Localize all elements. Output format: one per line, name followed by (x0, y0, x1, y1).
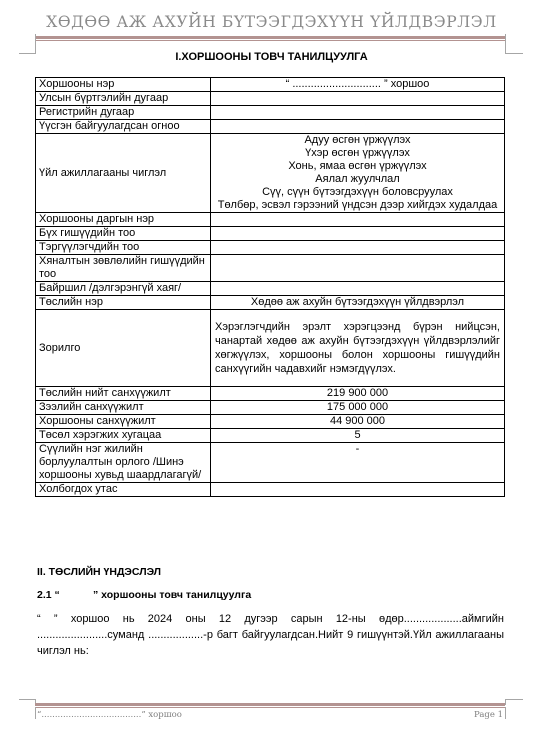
footer-corner-left (19, 699, 36, 705)
section-2-1-paragraph: “ ” хоршоо нь 2024 оны 12 дугээр сарын 1… (37, 611, 504, 659)
activity-item: Төлбөр, эсвэл гэрээний үндсэн дээр хийгд… (214, 199, 501, 212)
row-value (211, 255, 505, 282)
cooperative-info-table: Хоршооны нэр“ ..........................… (35, 77, 505, 497)
activity-item: Адуу өсгөн үржүүлэх (214, 134, 501, 147)
row-label: Бүх гишүүдийн тоо (36, 227, 211, 241)
row-label: Байршил /дэлгэрэнгүй хаяг/ (36, 282, 211, 296)
footer-cooperative-name: “.....................................” … (37, 710, 182, 720)
row-label: Хоршооны нэр (36, 78, 211, 92)
row-value: 175 000 000 (211, 401, 505, 415)
table-row: Холбогдох утас (36, 483, 505, 497)
row-label: Сүүлийн нэг жилийн борлуулалтын орлого /… (36, 443, 211, 483)
table-row: Зээлийн санхүүжилт175 000 000 (36, 401, 505, 415)
row-label: Зорилго (36, 310, 211, 387)
table-row: Бүх гишүүдийн тоо (36, 227, 505, 241)
row-value: “ ............................. ” хоршоо (211, 78, 505, 92)
row-value: Хөдөө аж ахуйн бүтээгдэхүүн үйлдвэрлэл (211, 296, 505, 310)
table-row: Тэргүүлэгчдийн тоо (36, 241, 505, 255)
row-label: Зээлийн санхүүжилт (36, 401, 211, 415)
section-2-1-title: ” хоршооны товч танилцуулга (93, 589, 251, 601)
activity-item: Үхэр өсгөн үржүүлэх (214, 147, 501, 160)
footer-corner-right (505, 699, 523, 705)
row-value: Адуу өсгөн үржүүлэхҮхэр өсгөн үржүүлэхХо… (211, 134, 505, 213)
header-rule-thick (35, 36, 505, 39)
section-2-title: II. ТӨСЛИЙН ҮНДЭСЛЭЛ (37, 566, 161, 578)
row-value (211, 483, 505, 497)
row-label: Төсөл хэрэгжих хугацаа (36, 429, 211, 443)
row-value (211, 227, 505, 241)
row-label: Холбогдох утас (36, 483, 211, 497)
row-label: Төслийн нийт санхүүжилт (36, 387, 211, 401)
row-value: 44 900 000 (211, 415, 505, 429)
row-label: Үүсгэн байгуулагдсан огноо (36, 120, 211, 134)
header-title: ХӨДӨӨ АЖ АХУЙН БҮТЭЭГДЭХҮҮН ҮЙЛДВЭРЛЭЛ (0, 13, 543, 31)
section-2-1-heading: 2.1 “ ” хоршооны товч танилцуулга (37, 589, 60, 601)
section-1-title: Ӏ.ХОРШООНЫ ТОВЧ ТАНИЛЦУУЛГА (0, 51, 543, 63)
row-value: 5 (211, 429, 505, 443)
table-row: Улсын бүртгэлийн дугаар (36, 92, 505, 106)
row-value (211, 213, 505, 227)
activity-item: Аялал жуулчлал (214, 173, 501, 186)
row-label: Үйл ажиллагааны чиглэл (36, 134, 211, 213)
table-row: Байршил /дэлгэрэнгүй хаяг/ (36, 282, 505, 296)
row-label: Төслийн нэр (36, 296, 211, 310)
row-label: Улсын бүртгэлийн дугаар (36, 92, 211, 106)
row-label: Регистрийн дугаар (36, 106, 211, 120)
activity-item: Хонь, ямаа өсгөн үржүүлэх (214, 160, 501, 173)
table-row: Хяналтын зөвлөлийн гишүүдийн тоо (36, 255, 505, 282)
table-row: Үйл ажиллагааны чиглэлАдуу өсгөн үржүүлэ… (36, 134, 505, 213)
table-row: Хоршооны даргын нэр (36, 213, 505, 227)
table-row: Хоршооны санхүүжилт44 900 000 (36, 415, 505, 429)
table-row: ЗорилгоХэрэглэгчдийн эрэлт хэрэгцээнд бү… (36, 310, 505, 387)
table-row: Хоршооны нэр“ ..........................… (36, 78, 505, 92)
table-row: Төслийн нэрХөдөө аж ахуйн бүтээгдэхүүн ү… (36, 296, 505, 310)
row-value (211, 106, 505, 120)
row-label: Хоршооны даргын нэр (36, 213, 211, 227)
table-row: Үүсгэн байгуулагдсан огноо (36, 120, 505, 134)
row-value (211, 241, 505, 255)
header-rule-thin (35, 40, 505, 41)
table-row: Сүүлийн нэг жилийн борлуулалтын орлого /… (36, 443, 505, 483)
row-value (211, 92, 505, 106)
footer-rule-thin (35, 707, 505, 708)
row-label: Тэргүүлэгчдийн тоо (36, 241, 211, 255)
footer-edge-right (505, 707, 506, 719)
row-value: 219 900 000 (211, 387, 505, 401)
row-label: Хяналтын зөвлөлийн гишүүдийн тоо (36, 255, 211, 282)
activity-item: Сүү, сүүн бүтээгдэхүүн боловсруулах (214, 186, 501, 199)
row-value: - (211, 443, 505, 483)
footer-rule-thick (35, 703, 505, 706)
footer-page-number: Page 1 (474, 710, 503, 720)
footer-edge-left (35, 707, 36, 719)
table-row: Регистрийн дугаар (36, 106, 505, 120)
table-row: Төслийн нийт санхүүжилт219 900 000 (36, 387, 505, 401)
row-value: Хэрэглэгчдийн эрэлт хэрэгцээнд бүрэн ний… (211, 310, 505, 387)
row-value (211, 282, 505, 296)
row-value (211, 120, 505, 134)
row-label: Хоршооны санхүүжилт (36, 415, 211, 429)
section-2-1-number: 2.1 “ (37, 589, 60, 601)
table-row: Төсөл хэрэгжих хугацаа5 (36, 429, 505, 443)
